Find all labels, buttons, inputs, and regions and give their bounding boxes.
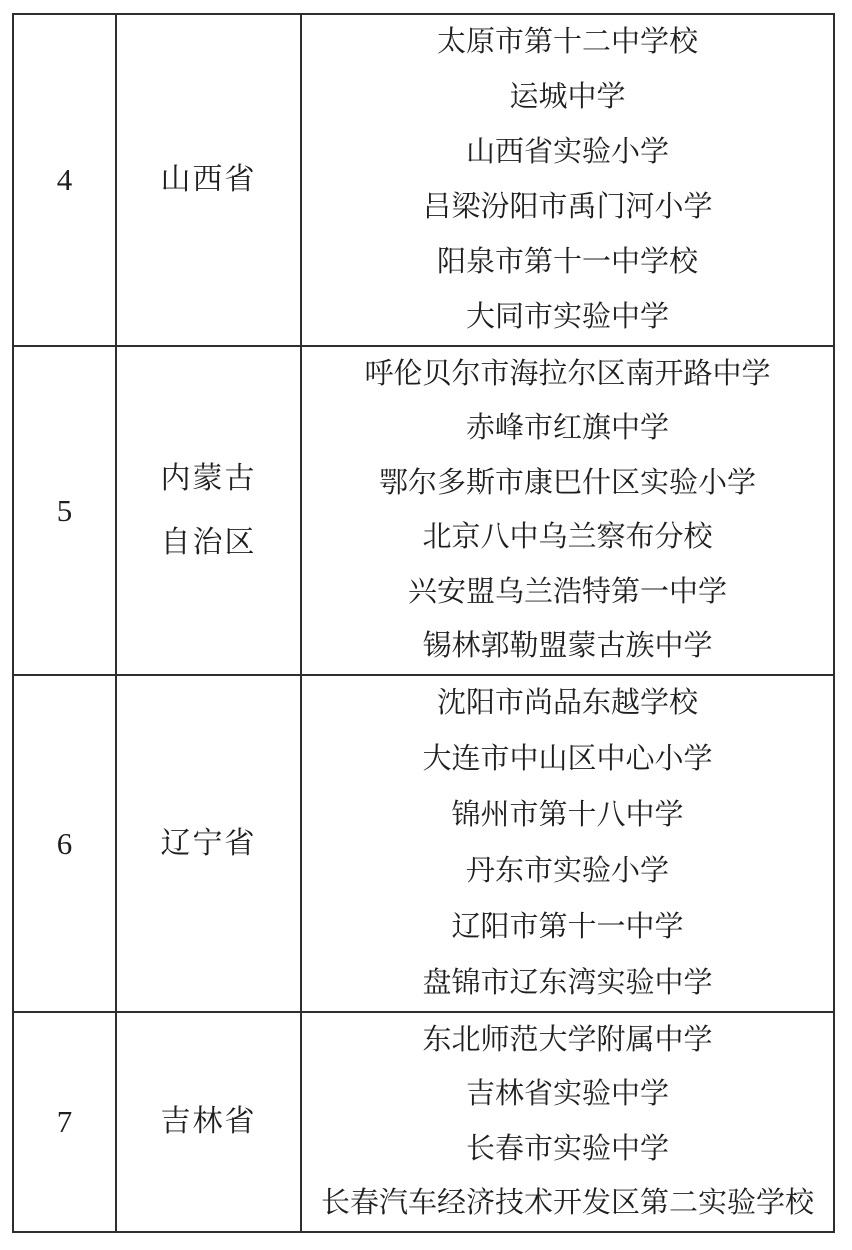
province-name: 吉林省: [161, 1090, 257, 1154]
school-name: 盘锦市辽东湾实验中学: [422, 969, 712, 998]
row-number: 4: [14, 15, 117, 345]
row-number: 7: [14, 1013, 117, 1231]
school-name: 阳泉市第十一中学校: [437, 248, 698, 277]
province-cell: 吉林省: [117, 1013, 302, 1231]
province-cell: 辽宁省: [117, 676, 302, 1011]
table-row: 7 吉林省 东北师范大学附属中学 吉林省实验中学 长春市实验中学 长春汽车经济技…: [14, 1013, 833, 1231]
school-name: 长春市实验中学: [466, 1135, 669, 1164]
province-name: 辽宁省: [161, 812, 257, 876]
province-name: 山西省: [161, 148, 257, 212]
schools-cell: 呼伦贝尔市海拉尔区南开路中学 赤峰市红旗中学 鄂尔多斯市康巴什区实验小学 北京八…: [302, 347, 833, 674]
school-name: 大连市中山区中心小学: [422, 745, 712, 774]
table-row: 6 辽宁省 沈阳市尚品东越学校 大连市中山区中心小学 锦州市第十八中学 丹东市实…: [14, 676, 833, 1013]
school-name: 呼伦贝尔市海拉尔区南开路中学: [364, 360, 770, 389]
row-number: 6: [14, 676, 117, 1011]
school-name: 东北师范大学附属中学: [422, 1026, 712, 1055]
school-name: 辽阳市第十一中学: [451, 913, 683, 942]
schools-cell: 东北师范大学附属中学 吉林省实验中学 长春市实验中学 长春汽车经济技术开发区第二…: [302, 1013, 833, 1231]
schools-cell: 太原市第十二中学校 运城中学 山西省实验小学 吕梁汾阳市禹门河小学 阳泉市第十一…: [302, 15, 833, 345]
school-name: 锦州市第十八中学: [451, 801, 683, 830]
province-name: 内蒙古: [161, 447, 257, 511]
school-name: 丹东市实验小学: [466, 857, 669, 886]
document-page: 4 山西省 太原市第十二中学校 运城中学 山西省实验小学 吕梁汾阳市禹门河小学 …: [0, 0, 852, 1250]
school-name: 赤峰市红旗中学: [466, 414, 669, 443]
school-name: 长春汽车经济技术开发区第二实验学校: [321, 1189, 814, 1218]
school-name: 大同市实验中学: [466, 303, 669, 332]
school-name: 山西省实验小学: [466, 138, 669, 167]
school-name: 沈阳市尚品东越学校: [437, 689, 698, 718]
school-name: 吕梁汾阳市禹门河小学: [422, 193, 712, 222]
province-name: 自治区: [161, 511, 257, 575]
school-name: 锡林郭勒盟蒙古族中学: [422, 632, 712, 661]
province-cell: 内蒙古 自治区: [117, 347, 302, 674]
school-name: 鄂尔多斯市康巴什区实验小学: [379, 469, 756, 498]
row-number: 5: [14, 347, 117, 674]
table-row: 5 内蒙古 自治区 呼伦贝尔市海拉尔区南开路中学 赤峰市红旗中学 鄂尔多斯市康巴…: [14, 347, 833, 676]
table-row: 4 山西省 太原市第十二中学校 运城中学 山西省实验小学 吕梁汾阳市禹门河小学 …: [14, 15, 833, 347]
school-name: 吉林省实验中学: [466, 1080, 669, 1109]
school-name: 兴安盟乌兰浩特第一中学: [408, 578, 727, 607]
school-name: 北京八中乌兰察布分校: [422, 523, 712, 552]
school-name: 太原市第十二中学校: [437, 28, 698, 57]
province-cell: 山西省: [117, 15, 302, 345]
province-schools-table: 4 山西省 太原市第十二中学校 运城中学 山西省实验小学 吕梁汾阳市禹门河小学 …: [12, 13, 835, 1233]
schools-cell: 沈阳市尚品东越学校 大连市中山区中心小学 锦州市第十八中学 丹东市实验小学 辽阳…: [302, 676, 833, 1011]
school-name: 运城中学: [509, 83, 625, 112]
